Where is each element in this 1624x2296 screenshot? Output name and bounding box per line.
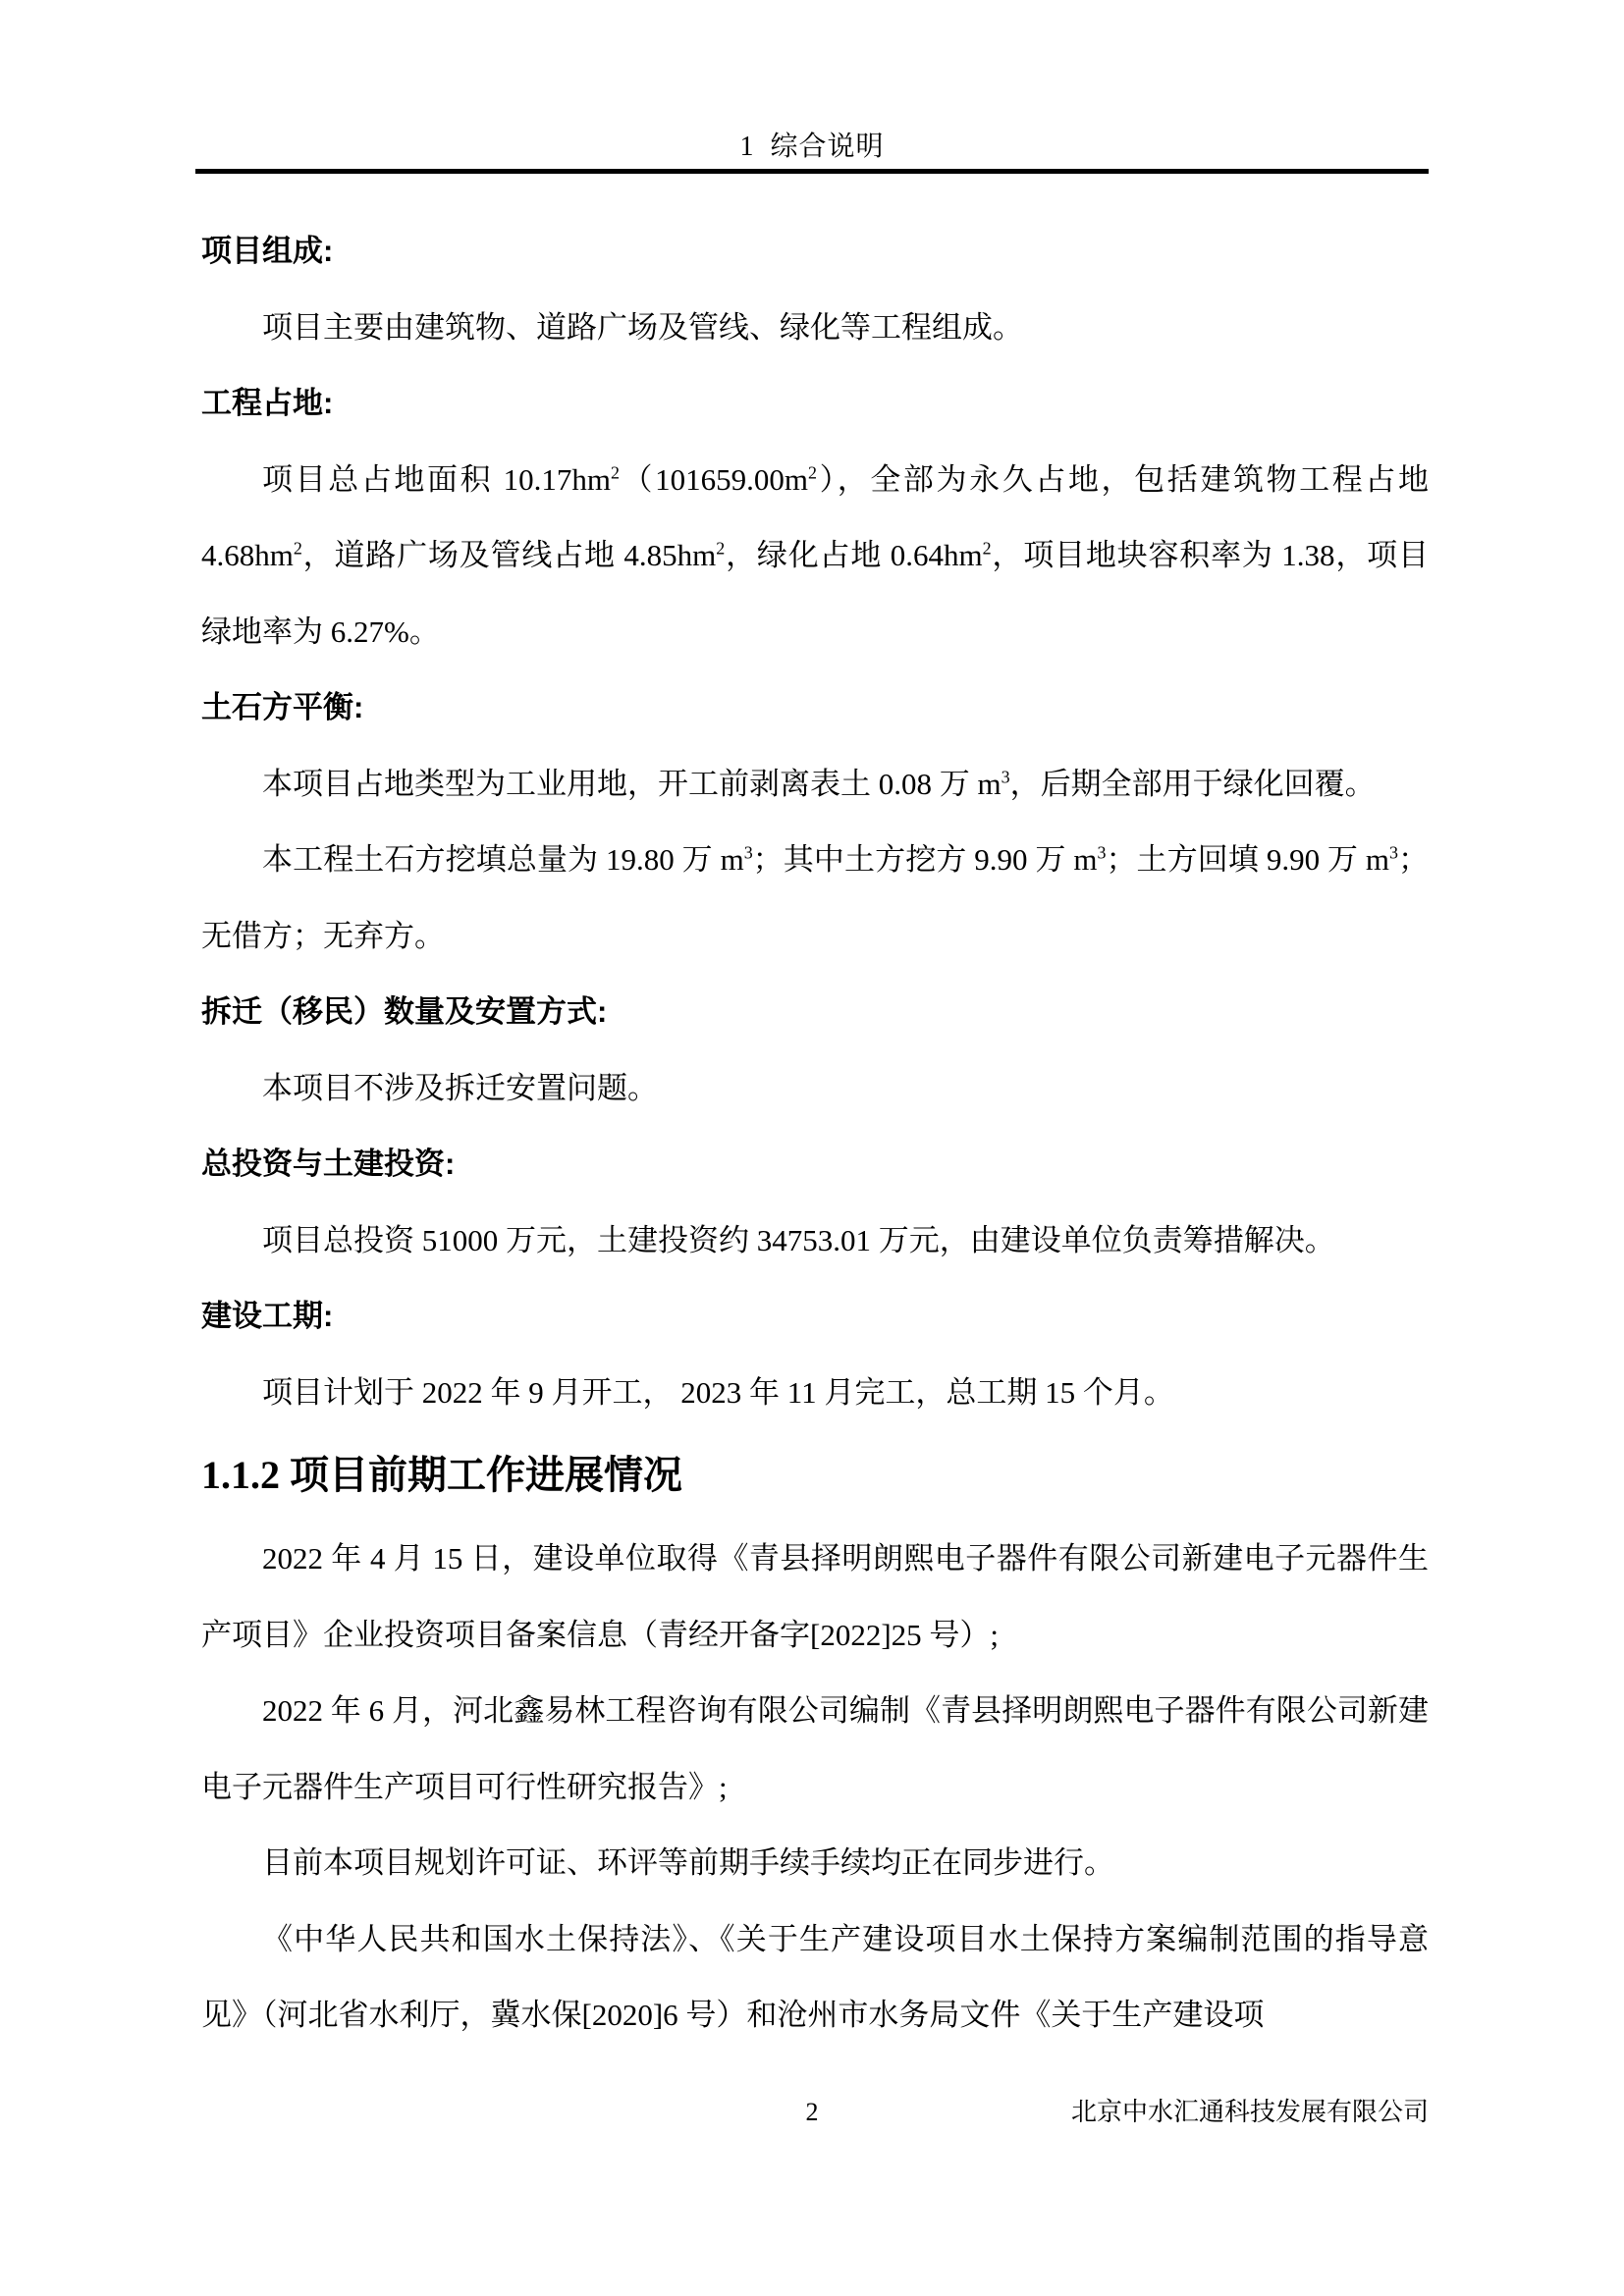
document-page: 1 综合说明 项目组成:项目主要由建筑物、道路广场及管线、绿化等工程组成。工程占… — [0, 0, 1624, 2296]
paragraph-construction-period: 项目计划于 2022 年 9 月开工， 2023 年 11 月完工，总工期 15… — [201, 1355, 1429, 1431]
paragraph-project-land: 项目总占地面积 10.17hm2（101659.00m2），全部为永久占地，包括… — [201, 442, 1429, 670]
heading-project-land: 工程占地: — [201, 365, 1429, 442]
document-body: 项目组成:项目主要由建筑物、道路广场及管线、绿化等工程组成。工程占地:项目总占地… — [201, 213, 1429, 2054]
page-header-title: 1 综合说明 — [0, 131, 1624, 164]
paragraph-relocation: 本项目不涉及拆迁安置问题。 — [201, 1050, 1429, 1127]
heading-construction-period: 建设工期: — [201, 1278, 1429, 1355]
paragraph-feasibility-report: 2022 年 6 月，河北鑫易林工程咨询有限公司编制《青县择明朗熙电子器件有限公… — [201, 1673, 1429, 1825]
heading-investment: 总投资与土建投资: — [201, 1126, 1429, 1202]
paragraph-procedures-progress: 目前本项目规划许可证、环评等前期手续手续均正在同步进行。 — [201, 1825, 1429, 1901]
paragraph-earthwork-topsoil: 本项目占地类型为工业用地，开工前剥离表土 0.08 万 m3，后期全部用于绿化回… — [201, 746, 1429, 823]
heading-earthwork-balance: 土石方平衡: — [201, 669, 1429, 746]
header-rule — [195, 169, 1429, 174]
heading-project-composition: 项目组成: — [201, 213, 1429, 290]
heading-relocation: 拆迁（移民）数量及安置方式: — [201, 974, 1429, 1050]
paragraph-investment: 项目总投资 51000 万元，土建投资约 34753.01 万元，由建设单位负责… — [201, 1202, 1429, 1279]
paragraph-project-composition: 项目主要由建筑物、道路广场及管线、绿化等工程组成。 — [201, 290, 1429, 366]
paragraph-filing-record: 2022 年 4 月 15 日，建设单位取得《青县择明朗熙电子器件有限公司新建电… — [201, 1521, 1429, 1673]
paragraph-earthwork-volume: 本工程土石方挖填总量为 19.80 万 m3；其中土方挖方 9.90 万 m3；… — [201, 822, 1429, 974]
paragraph-regulations: 《中华人民共和国水土保持法》、《关于生产建设项目水土保持方案编制范围的指导意见》… — [201, 1901, 1429, 2054]
section-heading-1-1-2: 1.1.2 项目前期工作进展情况 — [201, 1430, 1429, 1521]
footer-company-name: 北京中水汇通科技发展有限公司 — [1071, 2097, 1429, 2128]
